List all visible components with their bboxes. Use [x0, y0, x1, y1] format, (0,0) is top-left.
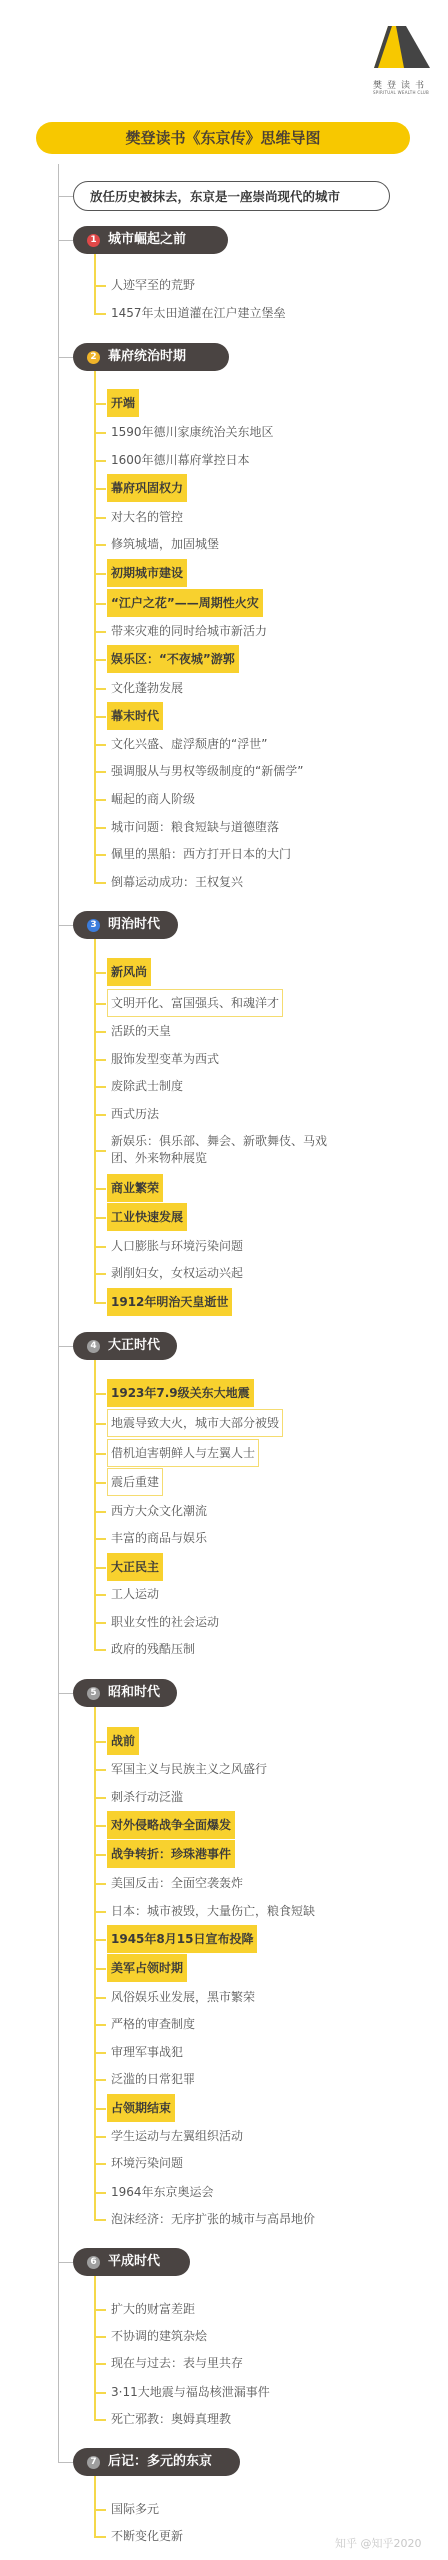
branch-tick — [94, 1273, 106, 1275]
branch-tick — [94, 2336, 106, 2338]
branch-tick — [94, 1114, 106, 1116]
topic-node-highlighted[interactable]: 开端 — [107, 389, 139, 417]
topic-node[interactable]: 文化蓬勃发展 — [107, 677, 187, 699]
branch-tick — [94, 573, 106, 575]
branch-tick — [94, 1538, 106, 1540]
section-label: 幕府统治时期 — [108, 349, 186, 364]
number-badge-icon: 1 — [87, 234, 100, 247]
topic-node-highlighted[interactable]: 1912年明治天皇逝世 — [107, 1288, 232, 1316]
branch-tick — [94, 517, 106, 519]
branch-tick — [94, 544, 106, 546]
topic-node[interactable]: 带来灾难的同时给城市新活力 — [107, 620, 271, 642]
topic-node-highlighted[interactable]: 工业快速发展 — [107, 1203, 187, 1231]
topic-node-highlighted[interactable]: “江户之花”——周期性火灾 — [107, 589, 263, 617]
connector — [58, 2462, 73, 2463]
topic-node[interactable]: 不断变化更新 — [107, 2525, 187, 2547]
topic-node[interactable]: 人口膨胀与环境污染问题 — [107, 1235, 247, 1257]
topic-node[interactable]: 丰富的商品与娱乐 — [107, 1527, 211, 1549]
branch-tick — [94, 432, 106, 434]
branch-tick — [94, 744, 106, 746]
topic-node[interactable]: 废除武士制度 — [107, 1075, 187, 1097]
branch-tick — [94, 972, 106, 974]
branch-tick — [94, 1393, 106, 1395]
topic-node[interactable]: 死亡邪教：奥姆真理教 — [107, 2408, 235, 2430]
topic-node[interactable]: 美国反击：全面空袭轰炸 — [107, 1872, 247, 1894]
topic-node-highlighted[interactable]: 1945年8月15日宣布投降 — [107, 1925, 257, 1953]
branch-tick — [94, 1883, 106, 1885]
section-node-6[interactable]: 6平成时代 — [73, 2248, 190, 2276]
branch-tick — [94, 827, 106, 829]
connector — [58, 1346, 73, 1347]
branch-line — [94, 371, 96, 882]
branch-tick — [94, 403, 106, 405]
branch-tick — [94, 1423, 106, 1425]
branch-tick — [94, 1059, 106, 1061]
branch-tick — [94, 2163, 106, 2165]
brand-logo: 樊登读书 SPIRITUAL WEALTH CLUB — [366, 22, 436, 92]
branch-tick — [94, 2108, 106, 2110]
topic-node-highlighted[interactable]: 对外侵略战争全面爆发 — [107, 1811, 235, 1839]
topic-node[interactable]: 不协调的建筑杂烩 — [107, 2325, 211, 2347]
branch-tick — [94, 1649, 106, 1651]
topic-node-highlighted[interactable]: 商业繁荣 — [107, 1174, 163, 1202]
branch-tick — [94, 1622, 106, 1624]
topic-node[interactable]: 对大名的管控 — [107, 506, 187, 528]
branch-tick — [94, 1968, 106, 1970]
branch-line — [94, 1707, 96, 2219]
topic-node[interactable]: 职业女性的社会运动 — [107, 1611, 223, 1633]
trunk-line — [58, 164, 59, 2462]
connector — [58, 196, 73, 197]
topic-node[interactable]: 审理军事战犯 — [107, 2041, 187, 2063]
branch-tick — [94, 2136, 106, 2138]
topic-node[interactable]: 佩里的黑船：西方打开日本的大门 — [107, 843, 295, 865]
branch-tick — [94, 313, 106, 315]
topic-node[interactable]: 风俗娱乐业发展，黑市繁荣 — [107, 1986, 259, 2008]
topic-node[interactable]: 严格的审查制度 — [107, 2013, 199, 2035]
branch-tick — [94, 460, 106, 462]
branch-tick — [94, 1911, 106, 1913]
topic-node-highlighted[interactable]: 占领期结束 — [107, 2094, 175, 2122]
topic-node[interactable]: 强调服从与男权等级制度的“新儒学” — [107, 760, 307, 782]
watermark: 知乎 @知乎2020 — [335, 2535, 422, 2551]
topic-node[interactable]: 环境污染问题 — [107, 2152, 187, 2174]
branch-tick — [94, 2079, 106, 2081]
section-node-4[interactable]: 4大正时代 — [73, 1332, 177, 1360]
topic-node[interactable]: 刺杀行动泛滥 — [107, 1786, 187, 1808]
branch-tick — [94, 1482, 106, 1484]
branch-tick — [94, 1188, 106, 1190]
topic-node[interactable]: 军国主义与民族主义之风盛行 — [107, 1758, 271, 1780]
topic-node[interactable]: 崛起的商人阶级 — [107, 788, 199, 810]
branch-tick — [94, 659, 106, 661]
section-node-1[interactable]: 1城市崛起之前 — [73, 226, 228, 254]
branch-tick — [94, 2024, 106, 2026]
branch-tick — [94, 631, 106, 633]
topic-node[interactable]: 西式历法 — [107, 1103, 163, 1125]
branch-tick — [94, 1997, 106, 1999]
mindmap-title: 樊登读书《东京传》思维导图 — [36, 122, 410, 154]
topic-node[interactable]: 剥削妇女，女权运动兴起 — [107, 1262, 247, 1284]
topic-node[interactable]: 泡沫经济：无序扩张的城市与高昂地价 — [107, 2208, 319, 2230]
topic-node[interactable]: 城市问题：粮食短缺与道德堕落 — [107, 816, 283, 838]
section-node-3[interactable]: 3明治时代 — [73, 911, 178, 939]
topic-node[interactable]: 现在与过去：表与里共存 — [107, 2352, 247, 2374]
branch-tick — [94, 1939, 106, 1941]
branch-tick — [94, 603, 106, 605]
branch-tick — [94, 2363, 106, 2365]
topic-node[interactable]: 3·11大地震与福岛核泄漏事件 — [107, 2381, 274, 2403]
branch-tick — [94, 1797, 106, 1799]
topic-node[interactable]: 借机迫害朝鲜人与左翼人士 — [107, 1439, 259, 1467]
number-badge-icon: 3 — [87, 919, 100, 932]
branch-tick — [94, 1003, 106, 1005]
number-badge-icon: 6 — [87, 2256, 100, 2269]
tent-book-logo-icon — [366, 22, 436, 76]
branch-tick — [94, 488, 106, 490]
connector — [58, 2262, 73, 2263]
branch-tick — [94, 2052, 106, 2054]
summary-node[interactable]: 放任历史被抹去，东京是一座崇尚现代的城市 — [73, 181, 390, 211]
branch-tick — [94, 1302, 106, 1304]
topic-node-highlighted[interactable]: 大正民主 — [107, 1553, 163, 1581]
topic-node[interactable]: 震后重建 — [107, 1468, 163, 1496]
connector — [58, 1693, 73, 1694]
topic-node[interactable]: 新娱乐：俱乐部、舞会、新歌舞伎、马戏团、外来物种展览 — [107, 1130, 347, 1170]
topic-node-highlighted[interactable]: 战前 — [107, 1727, 139, 1755]
number-badge-icon: 5 — [87, 1687, 100, 1700]
section-label: 大正时代 — [108, 1338, 160, 1353]
topic-node[interactable]: 1590年德川家康统治关东地区 — [107, 421, 278, 443]
topic-node[interactable]: 地震导致大火，城市大部分被毁 — [107, 1409, 283, 1437]
branch-tick — [94, 2392, 106, 2394]
section-label: 昭和时代 — [108, 1685, 160, 1700]
number-badge-icon: 2 — [87, 351, 100, 364]
branch-tick — [94, 854, 106, 856]
topic-node-highlighted[interactable]: 战争转折：珍珠港事件 — [107, 1840, 235, 1868]
topic-node-highlighted[interactable]: 1923年7.9级关东大地震 — [107, 1379, 254, 1407]
topic-node[interactable]: 扩大的财富差距 — [107, 2298, 199, 2320]
topic-node[interactable]: 服饰发型变革为西式 — [107, 1048, 223, 1070]
topic-node[interactable]: 修筑城墙，加固城堡 — [107, 533, 223, 555]
topic-node[interactable]: 1600年德川幕府掌控日本 — [107, 449, 254, 471]
number-badge-icon: 7 — [87, 2456, 100, 2469]
branch-tick — [94, 2309, 106, 2311]
branch-tick — [94, 2192, 106, 2194]
topic-node[interactable]: 工人运动 — [107, 1583, 163, 1605]
section-node-7[interactable]: 7后记：多元的东京 — [73, 2448, 240, 2476]
branch-line — [94, 2276, 96, 2419]
branch-tick — [94, 1825, 106, 1827]
section-node-2[interactable]: 2幕府统治时期 — [73, 343, 229, 371]
branch-tick — [94, 688, 106, 690]
section-label: 后记：多元的东京 — [108, 2454, 212, 2469]
branch-tick — [94, 1453, 106, 1455]
branch-tick — [94, 1567, 106, 1569]
topic-node[interactable]: 泛滥的日常犯罪 — [107, 2068, 199, 2090]
branch-tick — [94, 1594, 106, 1596]
branch-tick — [94, 1246, 106, 1248]
topic-node[interactable]: 日本：城市被毁，大量伤亡，粮食短缺 — [107, 1900, 319, 1922]
branch-tick — [94, 2419, 106, 2421]
branch-tick — [94, 882, 106, 884]
branch-line — [94, 254, 96, 313]
topic-node[interactable]: 文化兴盛、虚浮颓唐的“浮世” — [107, 733, 271, 755]
logo-name-en: SPIRITUAL WEALTH CLUB — [366, 90, 436, 95]
topic-node-highlighted[interactable]: 初期城市建设 — [107, 559, 187, 587]
topic-node-highlighted[interactable]: 娱乐区：“不夜城”游郭 — [107, 645, 239, 673]
topic-node[interactable]: 倒幕运动成功：王权复兴 — [107, 871, 247, 893]
topic-node[interactable]: 文明开化、富国强兵、和魂洋才 — [107, 989, 283, 1017]
topic-node[interactable]: 1964年东京奥运会 — [107, 2181, 218, 2203]
topic-node[interactable]: 人迹罕至的荒野 — [107, 274, 199, 296]
branch-tick — [94, 1217, 106, 1219]
topic-node[interactable]: 活跃的天皇 — [107, 1020, 175, 1042]
section-label: 城市崛起之前 — [108, 232, 186, 247]
section-label: 明治时代 — [108, 917, 160, 932]
branch-line — [94, 1360, 96, 1649]
topic-node-highlighted[interactable]: 幕末时代 — [107, 702, 163, 730]
connector — [58, 925, 73, 926]
branch-tick — [94, 2509, 106, 2511]
branch-tick — [94, 1086, 106, 1088]
branch-tick — [94, 771, 106, 773]
branch-tick — [94, 1511, 106, 1513]
branch-tick — [94, 285, 106, 287]
topic-node-highlighted[interactable]: 幕府巩固权力 — [107, 474, 187, 502]
branch-tick — [94, 716, 106, 718]
branch-line — [94, 2476, 96, 2536]
branch-tick — [94, 1854, 106, 1856]
section-label: 平成时代 — [108, 2254, 160, 2269]
topic-node[interactable]: 政府的残酷压制 — [107, 1638, 199, 1660]
branch-line — [94, 939, 96, 1302]
branch-tick — [94, 1150, 106, 1152]
topic-node[interactable]: 国际多元 — [107, 2498, 163, 2520]
topic-node-highlighted[interactable]: 新风尚 — [107, 958, 151, 986]
branch-tick — [94, 1031, 106, 1033]
topic-node[interactable]: 西方大众文化潮流 — [107, 1500, 211, 1522]
branch-tick — [94, 2536, 106, 2538]
topic-node[interactable]: 1457年太田道灌在江户建立堡垒 — [107, 302, 290, 324]
topic-node-highlighted[interactable]: 美军占领时期 — [107, 1954, 187, 1982]
connector — [58, 240, 73, 241]
branch-tick — [94, 1741, 106, 1743]
branch-tick — [94, 2219, 106, 2221]
section-node-5[interactable]: 5昭和时代 — [73, 1679, 177, 1707]
branch-tick — [94, 799, 106, 801]
connector — [58, 357, 73, 358]
topic-node[interactable]: 学生运动与左翼组织活动 — [107, 2125, 247, 2147]
number-badge-icon: 4 — [87, 1340, 100, 1353]
branch-tick — [94, 1769, 106, 1771]
